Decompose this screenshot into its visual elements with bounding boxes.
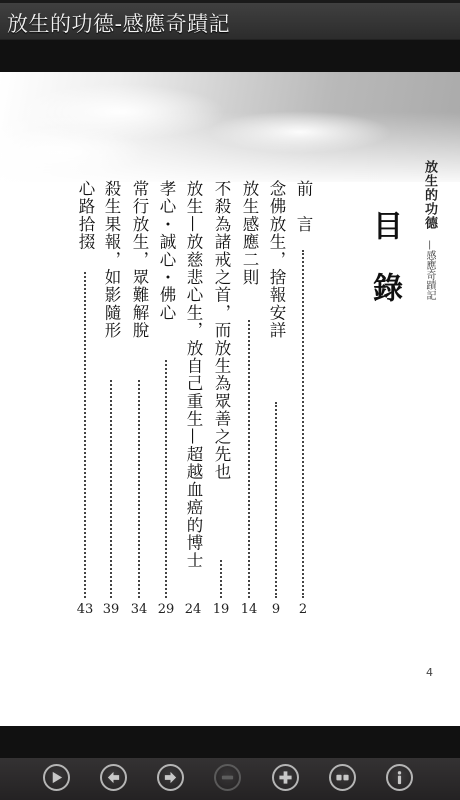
toc-label: 念佛放生，捨報安詳 (265, 180, 287, 339)
toc-item[interactable]: 孝心・誠心・佛心 29 (155, 180, 177, 620)
toc-label: 心路拾掇 (74, 180, 96, 251)
toc-label: 常行放生，眾難解脫 (128, 180, 150, 339)
leader-dots (110, 380, 112, 598)
two-page-icon (335, 770, 350, 785)
zoom-in-button[interactable] (272, 764, 299, 791)
title-bar: 放生的功德-感應奇蹟記 (0, 3, 460, 40)
toc-page-number: 43 (76, 603, 94, 617)
book-title: 放生的功德 (420, 160, 439, 230)
two-page-view-button[interactable] (329, 764, 356, 791)
leader-dots (138, 380, 140, 598)
toc-label: 孝心・誠心・佛心 (155, 180, 177, 322)
toc-label: 前 言 (292, 180, 314, 233)
toc-page-number: 2 (294, 603, 312, 617)
leader-dots (248, 320, 250, 598)
reader-toolbar (0, 758, 460, 800)
play-button[interactable] (43, 764, 70, 791)
minus-icon (220, 770, 235, 785)
leader-dots (302, 250, 304, 598)
app-title: 放生的功德-感應奇蹟記 (7, 8, 230, 38)
toc-item[interactable]: 念佛放生，捨報安詳 9 (265, 180, 287, 620)
book-subtitle: —感應奇蹟記 (422, 240, 437, 300)
next-page-button[interactable] (157, 764, 184, 791)
toc-item[interactable]: 放生感應二則 14 (238, 180, 260, 620)
page-number: 4 (426, 666, 433, 679)
toc-item[interactable]: 前 言 2 (292, 180, 314, 620)
bottom-margin (0, 726, 460, 758)
toc-page-number: 39 (102, 603, 120, 617)
top-margin (0, 40, 460, 72)
plus-icon (278, 770, 293, 785)
sky-fade (0, 112, 460, 187)
toc-page-number: 19 (212, 603, 230, 617)
toc-page-number: 24 (184, 603, 202, 617)
play-icon (49, 770, 64, 785)
arrow-right-icon (163, 770, 178, 785)
previous-page-button[interactable] (100, 764, 127, 791)
toc-label: 不殺為諸戒之首，而放生為眾善之先也 (210, 180, 232, 481)
leader-dots (275, 402, 277, 598)
toc-item[interactable]: 常行放生，眾難解脫 34 (128, 180, 150, 620)
toc-item[interactable]: 不殺為諸戒之首，而放生為眾善之先也 19 (210, 180, 232, 620)
toc-page-number: 34 (130, 603, 148, 617)
heading-char-1: 目 (362, 210, 406, 240)
toc-page-number: 29 (157, 603, 175, 617)
toc-label: 放生感應二則 (238, 180, 260, 286)
toc-label: 殺生果報，如影隨形 (100, 180, 122, 339)
toc-item[interactable]: 心路拾掇 43 (74, 180, 96, 620)
heading-char-2: 錄 (362, 272, 406, 302)
info-icon (392, 770, 407, 785)
leader-dots (165, 360, 167, 598)
book-page[interactable]: 放生的功德 —感應奇蹟記 目 錄 前 言 2 念佛放生，捨報安詳 9 放生感應二… (0, 72, 460, 726)
toc-item[interactable]: 放生—放慈悲心生，放自己重生—超越血癌的博士 24 (182, 180, 204, 620)
toc-page-number: 9 (267, 603, 285, 617)
info-button[interactable] (386, 764, 413, 791)
arrow-left-icon (106, 770, 121, 785)
zoom-out-button[interactable] (214, 764, 241, 791)
toc-page-number: 14 (240, 603, 258, 617)
toc-label: 放生—放慈悲心生，放自己重生—超越血癌的博士 (182, 180, 204, 569)
leader-dots (220, 560, 222, 598)
leader-dots (84, 272, 86, 598)
toc-item[interactable]: 殺生果報，如影隨形 39 (100, 180, 122, 620)
